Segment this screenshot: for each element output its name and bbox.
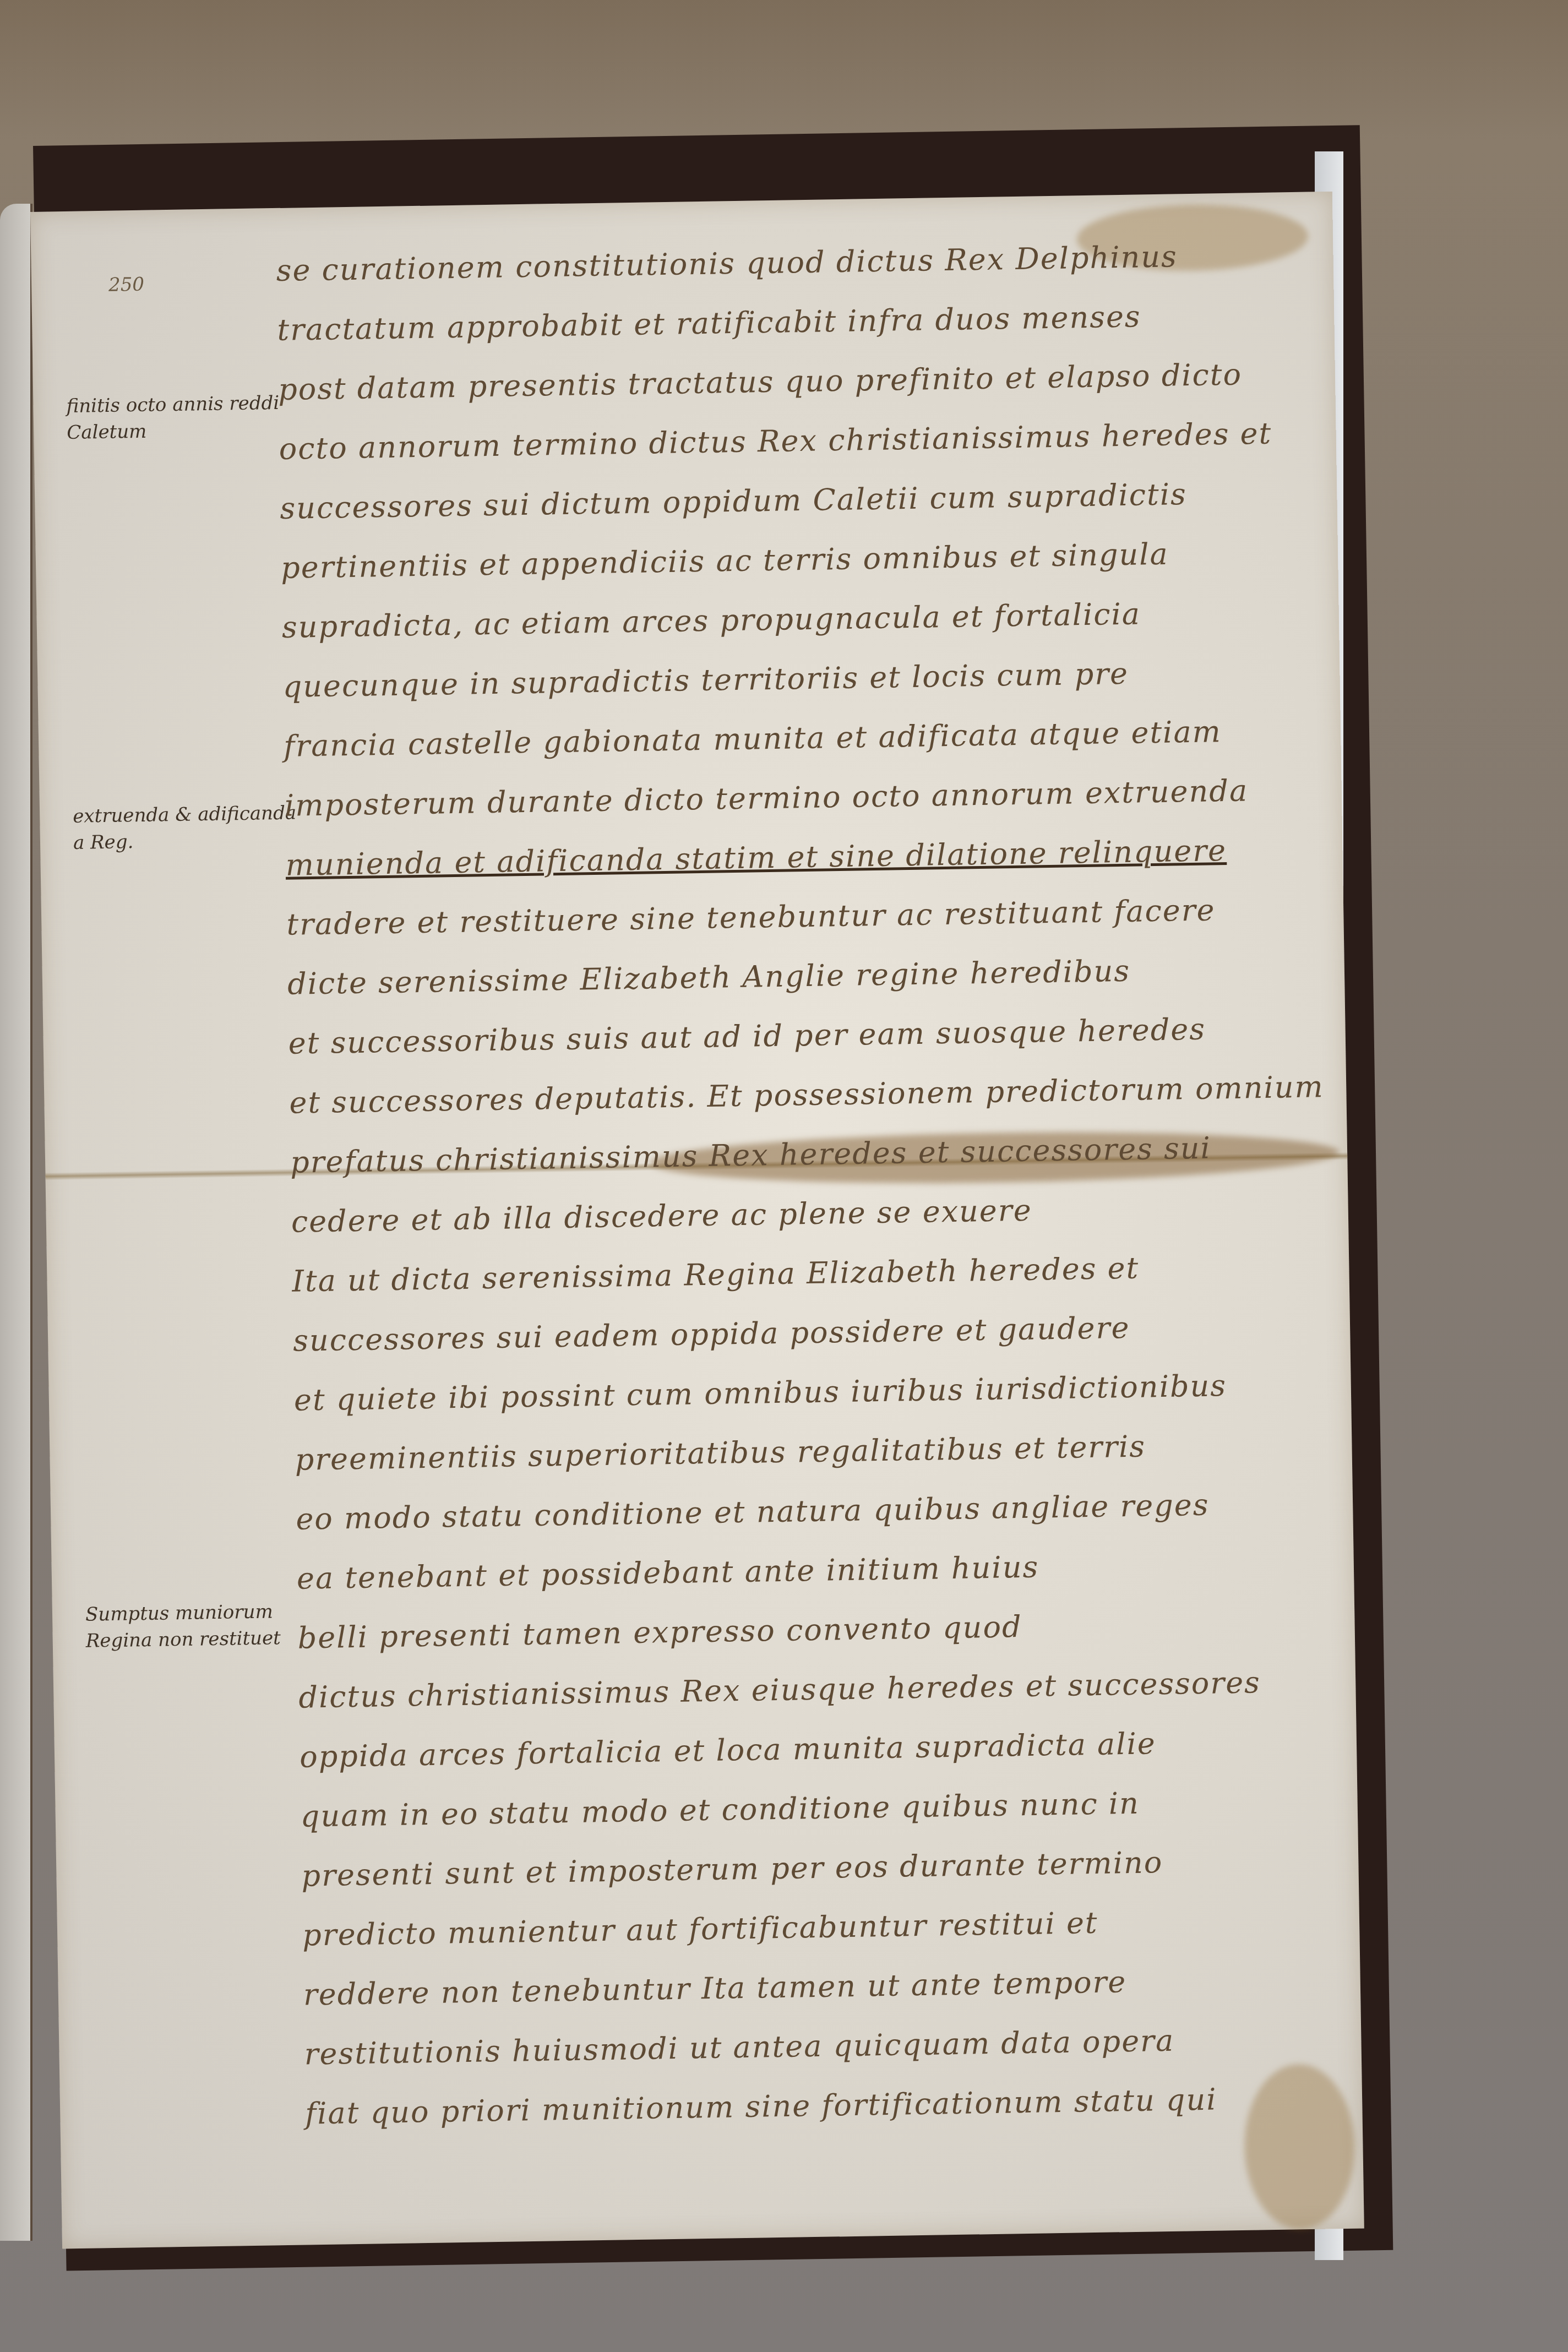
margin-note-middle: extruenda & adificanda a Reg. <box>73 799 304 856</box>
folio-number: 250 <box>108 274 145 296</box>
manuscript-body: se curationem constitutionis quod dictus… <box>276 225 1341 2143</box>
manuscript-page: 250 finitis octo annis reddi Caletum ext… <box>30 192 1364 2249</box>
margin-note-lower: Sumptus muniorum Regina non restituet <box>85 1598 317 1654</box>
margin-note-upper: finitis octo annis reddi Caletum <box>66 389 298 446</box>
previous-page-edge <box>0 204 32 2241</box>
